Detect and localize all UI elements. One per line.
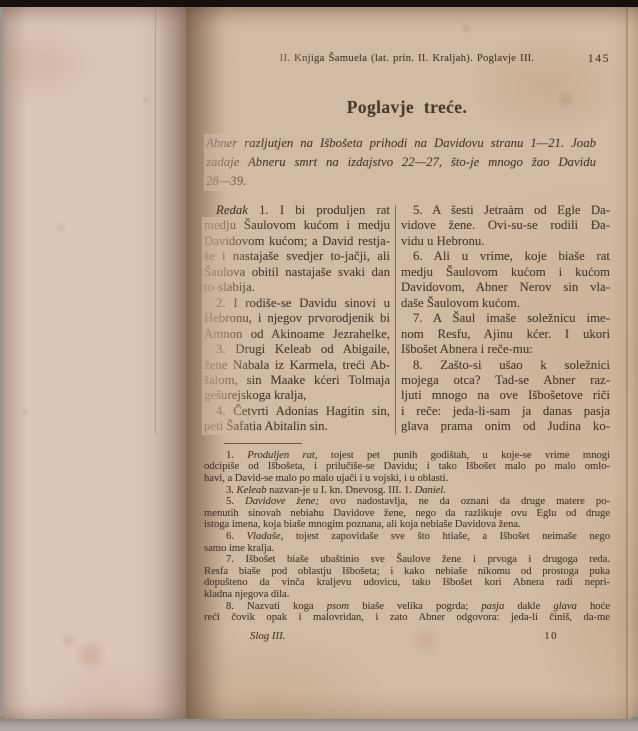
book-scan: II. Knjiga Šamuela (lat. prin. II. Kralj…	[0, 0, 638, 731]
footnotes: 1. Produljen rat, tojest pet punih godiš…	[204, 450, 610, 624]
text-line: glava prama onim od Judina ko-	[401, 419, 610, 434]
text-line: ljuti mnogo na ove Išbošetove riči	[401, 388, 610, 403]
text-line: nom Resfu, Ajinu kćer. I ukori	[401, 327, 610, 342]
text-line: 3. Drugi Keleab od Abigaile,	[204, 342, 390, 357]
text-line: i reče: jeda-li-sam ja danas pasja	[401, 404, 610, 419]
facing-page	[3, 7, 186, 719]
column-divider	[395, 205, 396, 435]
text-line: medju Šaulovom kućom i medju	[204, 218, 390, 233]
text-line: 2. I rodiše-se Davidu sinovi u	[204, 296, 390, 311]
footnote-rule	[224, 443, 302, 444]
text-line: Išbošet Abnera i reče-mu:	[401, 342, 610, 357]
text-line: 7. A Šaul imaše soležnicu ime-	[401, 311, 610, 326]
chapter-summary: Abner razljutjen na Išbošeta prihodi na …	[206, 134, 596, 191]
page-footer: Slog III. 10	[204, 630, 610, 644]
text-line: gešurejskoga kralja,	[204, 388, 390, 403]
text-line: peti Šafatia Abitalin sin.	[204, 419, 390, 434]
text-line: še i nastajaše svedjer to-jačji, ali	[204, 249, 390, 264]
running-title: II. Knjiga Šamuela (lat. prin. II. Kralj…	[280, 52, 535, 64]
text-line: 4. Četvrti Adonias Hagitin sin,	[204, 404, 390, 419]
text-line: vidove žene. Ovi-su-se rodili Đa-	[401, 218, 610, 233]
text-line: 28—39.	[206, 172, 596, 191]
text-line: Amnon od Akinoame Jezrahelke,	[204, 327, 390, 342]
text-line: 6. Ali u vrime, koje biaše rat	[401, 249, 610, 264]
text-line: mojega otca? Tad-se Abner raz-	[401, 373, 610, 388]
text-line: Davidovom kućom; a David restja-	[204, 234, 390, 249]
text-line: žene Nabala iz Karmela, treći Ab-	[204, 358, 390, 373]
text-line: Redak 1. I bi produljen rat	[204, 203, 390, 218]
photo-edge-top	[0, 0, 638, 7]
text-line: Abner razljutjen na Išbošeta prihodi na …	[206, 134, 596, 153]
text-line: Davidovom, Abner Nerov sin vla-	[401, 280, 610, 295]
text-line: medju Šaulovom kućom i kućom	[401, 265, 610, 280]
verse-columns: Redak 1. I bi produljen ratmedju Šaulovo…	[204, 203, 610, 435]
text-line: šalom, sin Maake kćeri Tolmaja	[204, 373, 390, 388]
text-line: Šaulova obitil nastajaše svaki dan	[204, 265, 390, 280]
text-line: daše Šaulovom kućom.	[401, 296, 610, 311]
chapter-title: Poglavje treće.	[204, 97, 610, 118]
text-line: vidu u Hebronu.	[401, 234, 610, 249]
photo-edge-bottom	[0, 717, 638, 731]
sheet-number: 10	[544, 630, 558, 642]
text-line: zadaje Abneru smrt na izdajstvo 22—27, š…	[206, 153, 596, 172]
book-page: II. Knjiga Šamuela (lat. prin. II. Kralj…	[186, 7, 638, 719]
text-line: reći čovik opak i malovridan, i zato Abn…	[204, 612, 610, 624]
page-number: 145	[588, 51, 610, 66]
text-line: 5. A šesti Jetraàm od Egle Da-	[401, 203, 610, 218]
verse-column-right: 5. A šesti Jetraàm od Egle Da-vidove žen…	[401, 203, 610, 435]
verse-column-left: Redak 1. I bi produljen ratmedju Šaulovo…	[204, 203, 390, 435]
page-content: II. Knjiga Šamuela (lat. prin. II. Kralj…	[204, 7, 610, 644]
text-line: Hebronu, i njegov prvorodjenik bi	[204, 311, 390, 326]
text-line: to-slabija.	[204, 280, 390, 295]
printer-signature: Slog III.	[250, 630, 285, 642]
text-line: 8. Zašto-si ušao k soležnici	[401, 358, 610, 373]
running-header: II. Knjiga Šamuela (lat. prin. II. Kralj…	[204, 52, 610, 67]
